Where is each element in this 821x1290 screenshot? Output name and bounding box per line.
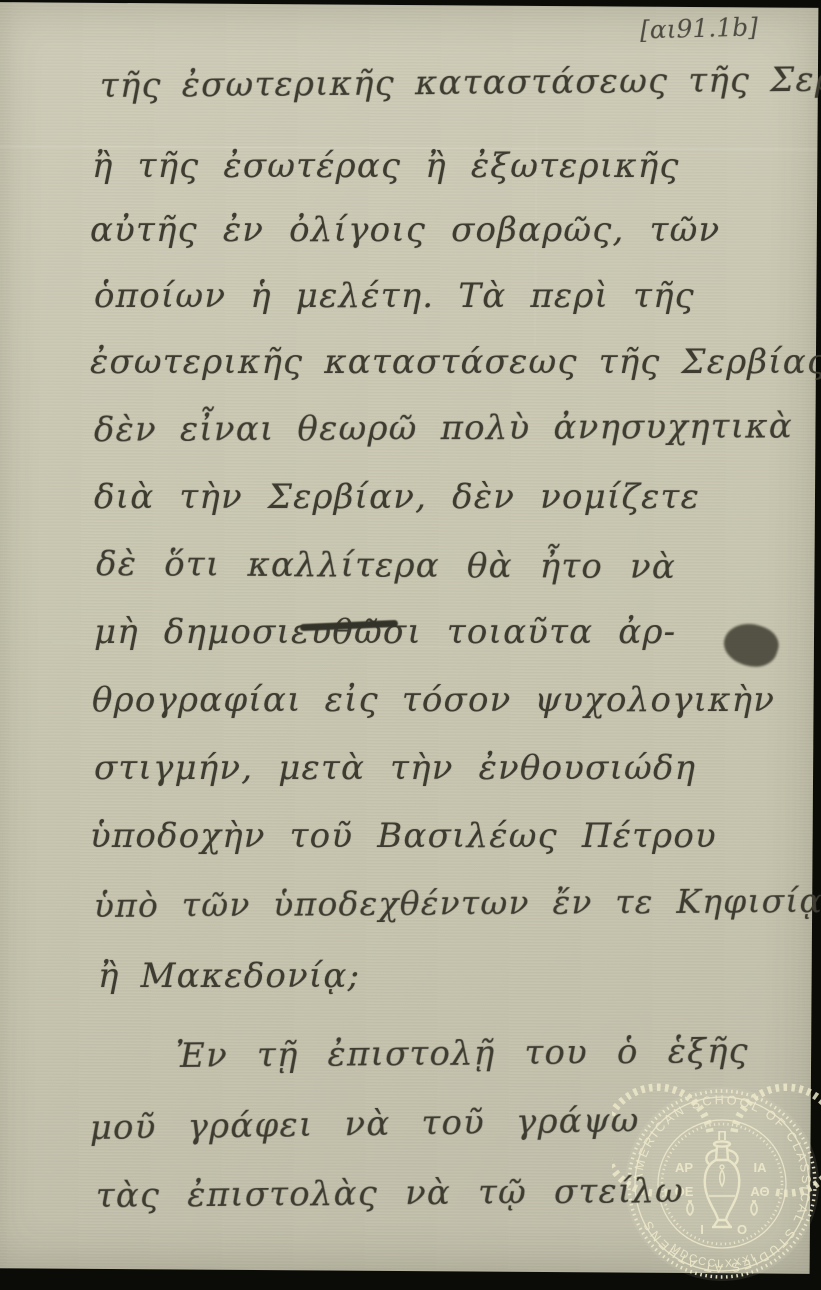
handwritten-line: μοῦ γράφει νὰ τοῦ γράψω [89,1100,639,1148]
seal-letter: Π [717,1128,726,1143]
seal-letter: Ι [700,1222,704,1237]
handwritten-line: αὐτῆς ἐν ὀλίγοις σοβαρῶς, τῶν [90,210,720,250]
handwritten-line: ὁποίων ἡ μελέτη. Τὰ περὶ τῆς [94,276,695,316]
seal-letter: Ο [737,1222,747,1237]
handwritten-line: δὲν εἶναι θεωρῶ πολὺ ἀνησυχητικὰ [94,406,793,450]
handwritten-line: ὑποδοχὴν τοῦ Βασιλέως Πέτρου [90,816,717,856]
seal-letter: ΑΘ [750,1184,769,1199]
handwritten-line: δὲ ὅτι καλλίτερα θὰ ἦτο νὰ [96,544,676,587]
handwritten-line: τὰς ἐπιστολὰς νὰ τῷ στείλω [96,1171,685,1216]
handwritten-line: θρογραφίαι εἰς τόσον ψυχολογικὴν [92,680,775,720]
handwritten-line: ἢ Μακεδονίᾳ; [98,956,360,996]
handwritten-line: ὑπὸ τῶν ὑποδεχθέντων ἔν τε Κηφισίᾳ [94,881,821,925]
handwritten-line: ἐσωτερικῆς καταστάσεως τῆς Σερβίας [90,342,821,382]
archive-annotation: [αι91.1b] [640,12,759,44]
seal-letter: ΙΑ [754,1160,768,1175]
handwritten-line: μὴ δημοσιευθῶσι τοιαῦτα ἀρ- [94,612,676,652]
handwritten-line: τῆς ἐσωτερικῆς καταστάσεως τῆς Σερβίας [100,59,821,106]
scanned-letter-page: AMERICAN SCHOOL OF CLASSICAL STUDIES AT … [0,0,821,1290]
handwritten-line: διὰ τὴν Σερβίαν, δὲν νομίζετε [94,477,700,517]
handwritten-line: στιγμήν, μετὰ τὴν ἐνθουσιώδη [94,748,696,788]
handwritten-line: ἢ τῆς ἐσωτέρας ἢ ἐξωτερικῆς [92,146,680,186]
handwritten-line: Ἐν τῇ ἐπιστολῇ του ὁ ἑξῆς [176,1031,749,1076]
